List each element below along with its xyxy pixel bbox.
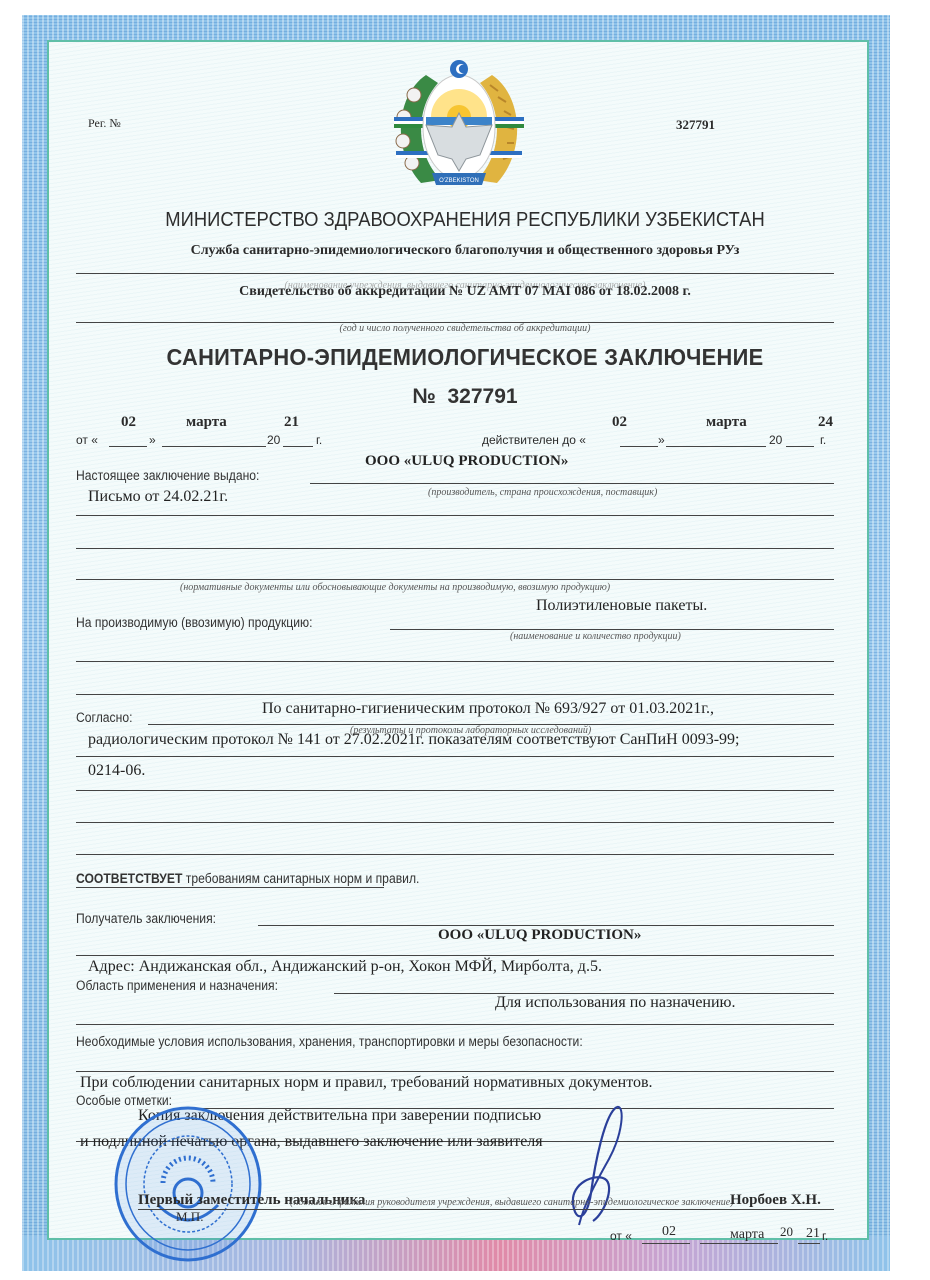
product-label: На производимую (ввозимую) продукцию: — [76, 615, 313, 630]
rule — [76, 887, 384, 888]
rule — [76, 661, 834, 662]
issue-date-suffix: г. — [316, 433, 322, 447]
sign-date-prefix: от « — [610, 1229, 632, 1243]
rule — [283, 446, 313, 447]
rule — [76, 548, 834, 549]
service-name: Служба санитарно-эпидемиологического бла… — [0, 243, 930, 259]
rule — [76, 579, 834, 580]
issued-to-caption: (производитель, страна происхождения, по… — [428, 487, 657, 498]
signatory-name: Норбоев Х.Н. — [730, 1192, 821, 1209]
scope-label: Область применения и назначения: — [76, 978, 278, 993]
rule — [642, 1243, 690, 1244]
conformity-statement: СООТВЕТСТВУЕТ требованиям санитарных нор… — [76, 871, 419, 886]
conformity-rest: требованиям санитарных норм и правил. — [186, 871, 420, 886]
rule — [786, 446, 814, 447]
issue-month: марта — [186, 414, 227, 431]
rule — [620, 446, 658, 447]
rule — [76, 1024, 834, 1025]
rule — [666, 446, 766, 447]
accreditation-caption: (год и число полученного свидетельства о… — [0, 323, 930, 334]
valid-until-century: 20 — [769, 433, 782, 447]
according-line1: По санитарно-гигиеническим протокол № 69… — [262, 700, 714, 718]
rule — [76, 955, 834, 956]
rule — [76, 854, 834, 855]
rule — [258, 925, 834, 926]
reg-number: 327791 — [676, 117, 715, 133]
issue-date-mid: » — [149, 433, 156, 447]
recipient-label: Получатель заключения: — [76, 911, 216, 926]
valid-year: 24 — [818, 414, 833, 431]
conformity-bold: СООТВЕТСТВУЕТ — [76, 871, 182, 886]
sign-date-year: 21 — [806, 1226, 820, 1242]
rule — [76, 790, 834, 791]
seal-label: М.П. — [176, 1209, 203, 1225]
issue-date-century: 20 — [267, 433, 280, 447]
recipient-address: Адрес: Андижанская обл., Андижанский р-о… — [88, 958, 602, 976]
rule — [76, 1071, 834, 1072]
conditions-label: Необходимые условия использования, хране… — [76, 1034, 583, 1049]
issued-to-label: Настоящее заключение выдано: — [76, 468, 259, 483]
valid-day: 02 — [612, 414, 627, 431]
issued-to-value: ООО «ULUQ PRODUCTION» — [365, 453, 568, 470]
document-number: № 327791 — [0, 385, 930, 409]
recipient-value: ООО «ULUQ PRODUCTION» — [438, 927, 641, 944]
number-value: 327791 — [448, 385, 518, 408]
according-line3: 0214-06. — [88, 762, 145, 780]
issue-year: 21 — [284, 414, 299, 431]
rule — [700, 1243, 778, 1244]
valid-until-mid: » — [658, 433, 665, 447]
valid-until-prefix: действителен до « — [482, 433, 586, 447]
sign-date-day: 02 — [662, 1224, 676, 1240]
valid-until-suffix: г. — [820, 433, 826, 447]
signatory-caption: (подпись и фамилия руководителя учрежден… — [290, 1197, 734, 1208]
rule — [76, 822, 834, 823]
according-label: Согласно: — [76, 710, 132, 725]
product-caption: (наименование и количество продукции) — [510, 631, 681, 642]
conditions-value: При соблюдении санитарных норм и правил,… — [80, 1074, 653, 1092]
accreditation: Свидетельство об аккредитации № UZ AMT 0… — [0, 284, 930, 300]
documents-caption: (нормативные документы или обосновывающи… — [180, 582, 610, 593]
ministry-name: МИНИСТЕРСТВО ЗДРАВООХРАНЕНИЯ РЕСПУБЛИКИ … — [37, 209, 893, 232]
reg-label: Рег. № — [88, 116, 121, 131]
rule — [76, 515, 834, 516]
rule — [76, 694, 834, 695]
issue-date-prefix: от « — [76, 433, 98, 447]
scope-value: Для использования по назначению. — [495, 994, 736, 1012]
product-value: Полиэтиленовые пакеты. — [536, 597, 707, 615]
rule — [310, 483, 834, 484]
according-line2: радиологическим протокол № 141 от 27.02.… — [88, 731, 740, 749]
issue-day: 02 — [121, 414, 136, 431]
sign-date-month: марта — [730, 1227, 764, 1243]
documents-value: Письмо от 24.02.21г. — [88, 488, 228, 506]
svg-text:O'ZBEKISTON: O'ZBEKISTON — [439, 178, 479, 184]
rule — [138, 1209, 834, 1210]
number-sign: № — [412, 385, 435, 408]
rule — [76, 273, 834, 274]
document-title: САНИТАРНО-ЭПИДЕМИОЛОГИЧЕСКОЕ ЗАКЛЮЧЕНИЕ — [23, 344, 907, 371]
sign-date-suffix: г. — [822, 1229, 828, 1243]
rule — [390, 629, 834, 630]
sign-date-century: 20 — [780, 1224, 793, 1240]
valid-month: марта — [706, 414, 747, 431]
official-seal-icon — [113, 1105, 263, 1263]
rule — [109, 446, 147, 447]
coat-of-arms-icon: O'ZBEKISTON — [386, 55, 532, 195]
rule — [162, 446, 266, 447]
rule — [76, 756, 834, 757]
rule — [798, 1243, 820, 1244]
